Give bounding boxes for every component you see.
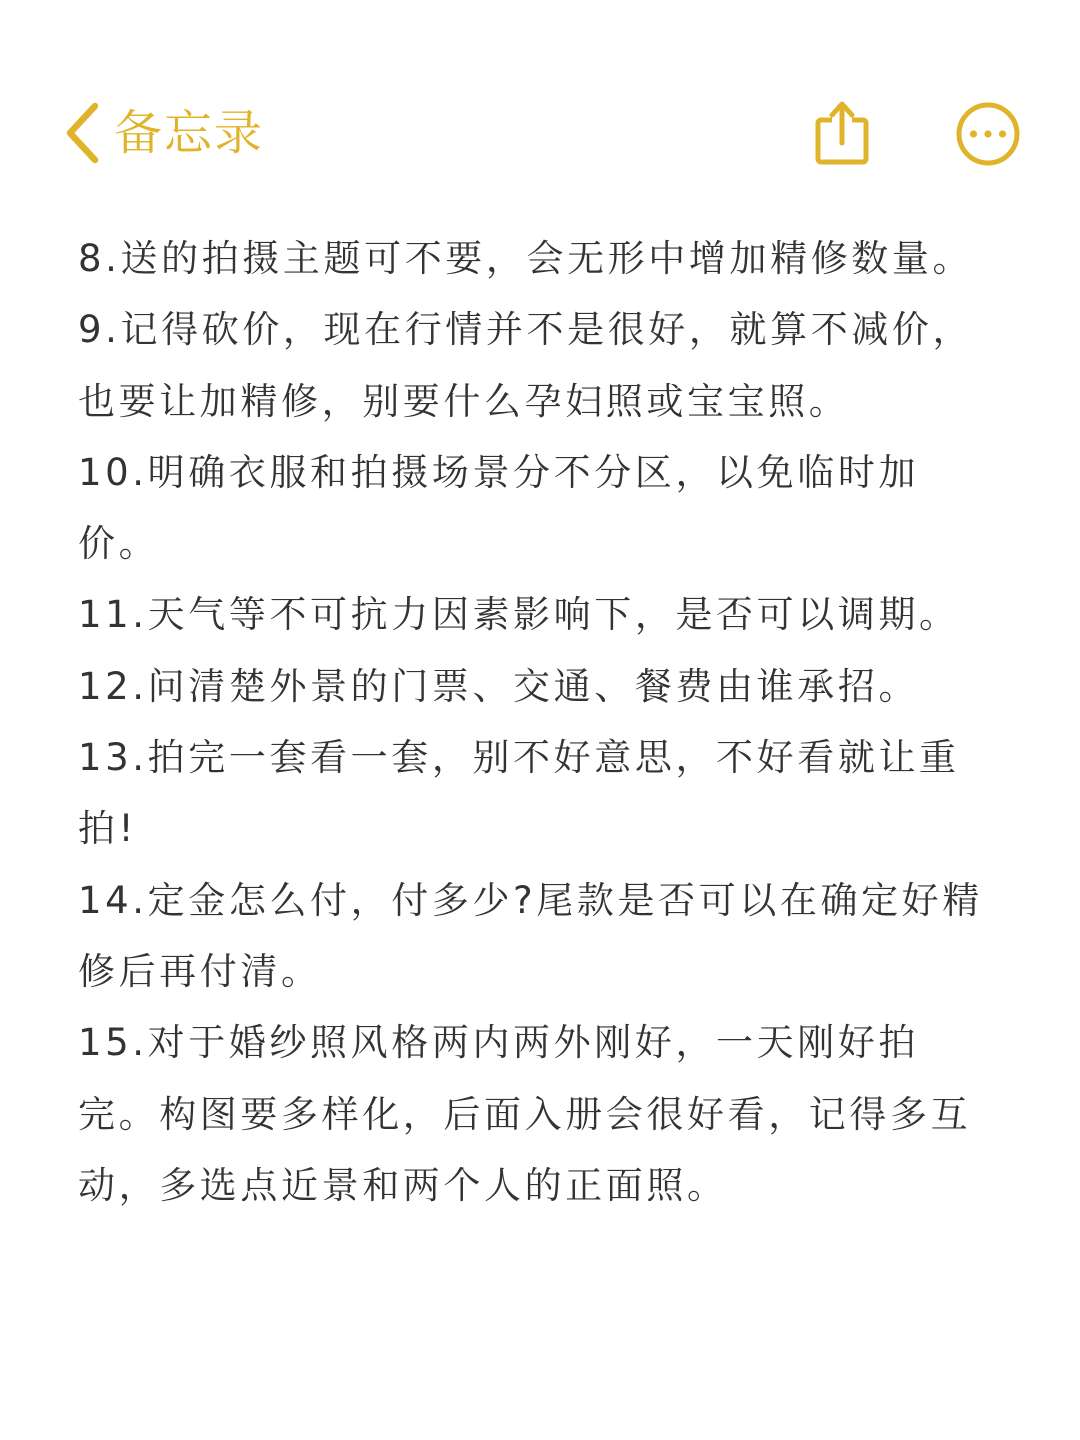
note-line: 完。构图要多样化，后面入册会很好看，记得多互 bbox=[78, 1079, 1008, 1150]
note-line: 12.问清楚外景的门票、交通、餐费由谁承招。 bbox=[78, 651, 1008, 722]
note-content[interactable]: 8.送的拍摄主题可不要，会无形中增加精修数量。 9.记得砍价，现在行情并不是很好… bbox=[78, 223, 1008, 1221]
note-line: 11.天气等不可抗力因素影响下，是否可以调期。 bbox=[78, 579, 1008, 650]
note-line: 14.定金怎么付，付多少?尾款是否可以在确定好精 bbox=[78, 865, 1008, 936]
note-line: 13.拍完一套看一套，别不好意思，不好看就让重 bbox=[78, 722, 1008, 793]
back-label: 备忘录 bbox=[114, 100, 264, 166]
note-line: 15.对于婚纱照风格两内两外刚好，一天刚好拍 bbox=[78, 1007, 1008, 1078]
note-line: 9.记得砍价，现在行情并不是很好，就算不减价， bbox=[78, 294, 1008, 365]
more-options-icon bbox=[955, 101, 1021, 167]
note-line: 修后再付清。 bbox=[78, 936, 1008, 1007]
note-line: 拍! bbox=[78, 793, 1008, 864]
share-button[interactable] bbox=[812, 100, 872, 166]
note-line: 8.送的拍摄主题可不要，会无形中增加精修数量。 bbox=[78, 223, 1008, 294]
chevron-left-icon bbox=[62, 100, 102, 166]
more-options-button[interactable] bbox=[955, 101, 1021, 167]
share-icon bbox=[812, 100, 872, 166]
note-line: 10.明确衣服和拍摄场景分不分区，以免临时加 bbox=[78, 437, 1008, 508]
note-line: 价。 bbox=[78, 508, 1008, 579]
note-line: 也要让加精修，别要什么孕妇照或宝宝照。 bbox=[78, 366, 1008, 437]
back-button[interactable]: 备忘录 bbox=[62, 100, 264, 166]
note-line: 动，多选点近景和两个人的正面照。 bbox=[78, 1150, 1008, 1221]
navigation-bar: 备忘录 bbox=[0, 0, 1080, 200]
